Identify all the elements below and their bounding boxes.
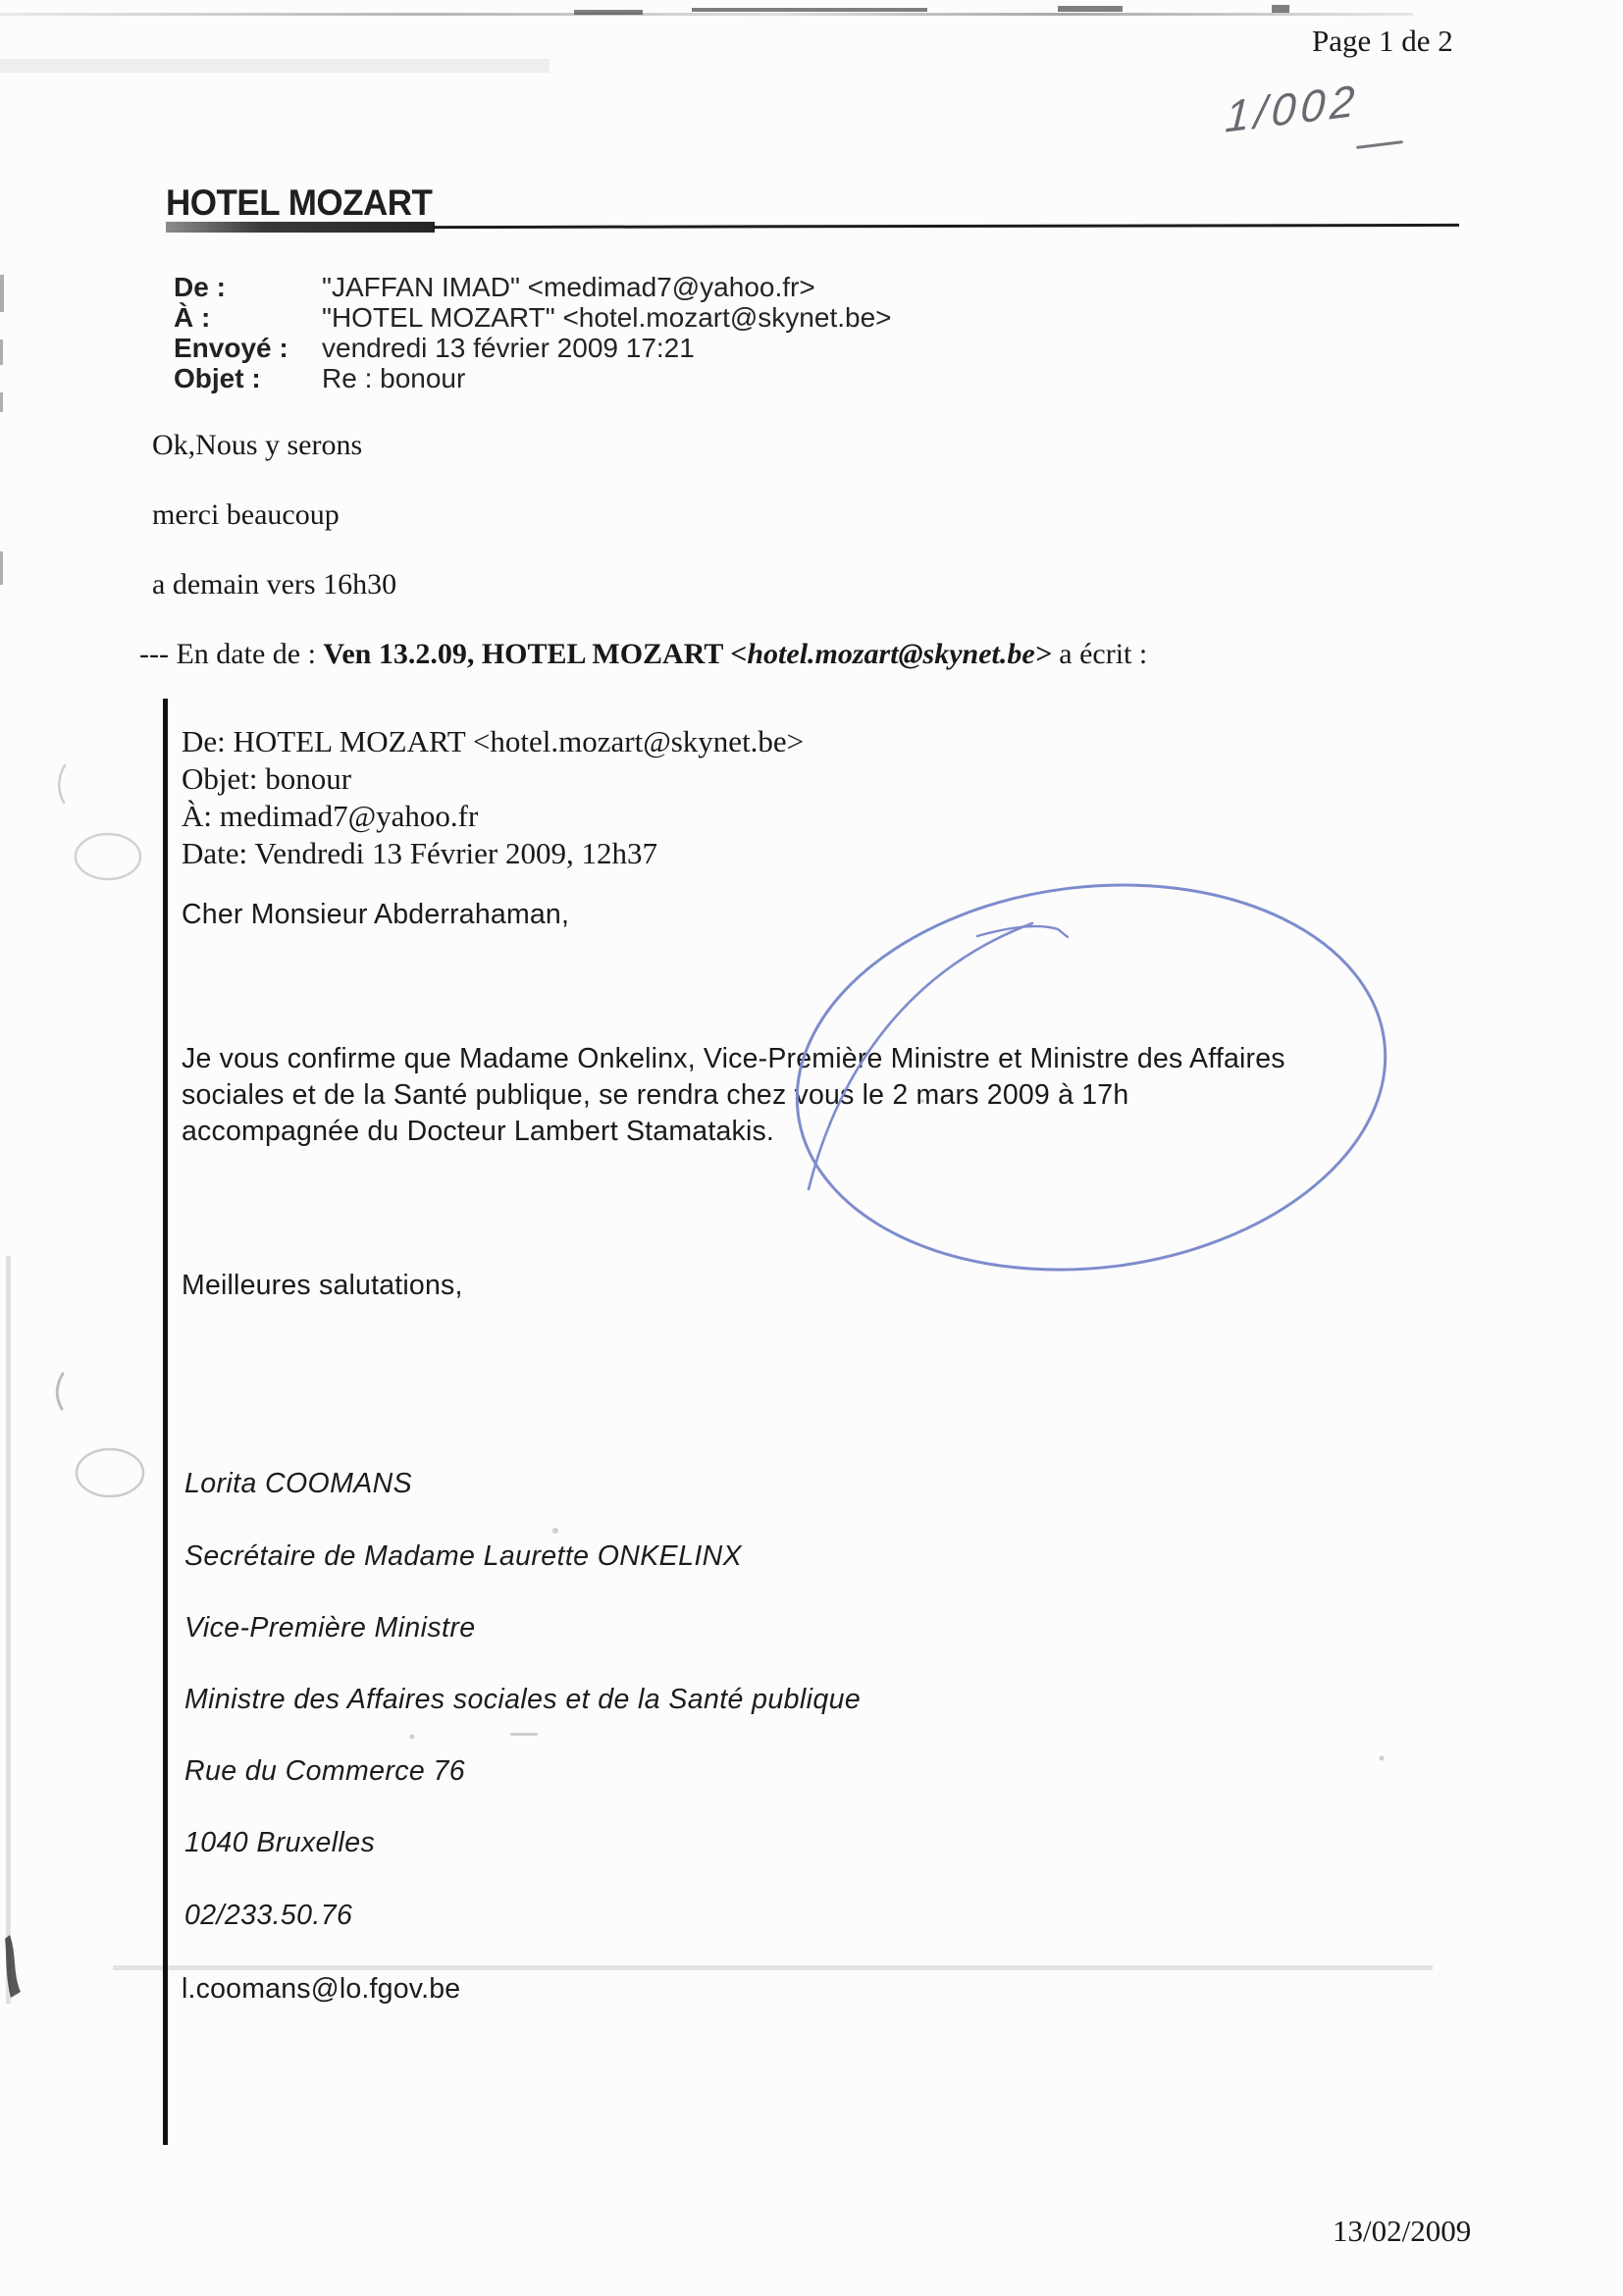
quoted-body-line-2: sociales et de la Santé publique, se ren… — [182, 1079, 1128, 1112]
scan-streak-bottom — [113, 1965, 1433, 1970]
letterhead-rule-thick — [166, 222, 435, 233]
header-field-subject: Objet :Re : bonour — [174, 365, 465, 392]
signature-street: Rue du Commerce 76 — [184, 1755, 465, 1788]
reply-line-3: a demain vers 16h30 — [152, 568, 396, 601]
signature-title-2: Ministre des Affaires sociales et de la … — [184, 1684, 861, 1716]
letterhead-rule-thin — [433, 224, 1459, 229]
quote-intro-line: --- En date de : Ven 13.2.09, HOTEL MOZA… — [139, 638, 1147, 671]
quote-intro-date-sender: Ven 13.2.09, HOTEL MOZART — [323, 638, 730, 670]
quote-intro-email: <hotel.mozart@skynet.be> — [730, 638, 1051, 670]
quoted-body-line-3: accompagnée du Docteur Lambert Stamataki… — [182, 1116, 774, 1148]
signature-city: 1040 Bruxelles — [184, 1827, 375, 1859]
scan-edge-ticks — [0, 275, 4, 585]
handwritten-pen-tail — [1356, 140, 1403, 149]
quoted-greeting: Cher Monsieur Abderrahaman, — [182, 899, 569, 931]
header-field-sent: Envoyé :vendredi 13 février 2009 17:21 — [174, 335, 695, 362]
pen-circle — [775, 853, 1408, 1302]
header-field-to: À :"HOTEL MOZART" <hotel.mozart@skynet.b… — [174, 304, 892, 332]
quoted-header-from: De: HOTEL MOZART <hotel.mozart@skynet.be… — [182, 724, 804, 759]
quoted-header-date: Date: Vendredi 13 Février 2009, 12h37 — [182, 836, 657, 871]
scan-streak-top — [0, 13, 1413, 16]
reply-line-1: Ok,Nous y serons — [152, 429, 362, 462]
page-indicator: Page 1 de 2 — [1312, 24, 1453, 59]
signature-role: Secrétaire de Madame Laurette ONKELINX — [184, 1540, 742, 1573]
quoted-closing: Meilleures salutations, — [182, 1270, 463, 1302]
signature-phone: 02/233.50.76 — [184, 1900, 352, 1932]
scanned-email-page: Page 1 de 2 1/002 HOTEL MOZART De :"JAFF… — [0, 0, 1623, 2296]
header-value-to: "HOTEL MOZART" <hotel.mozart@skynet.be> — [322, 302, 892, 333]
signature-title-1: Vice-Première Ministre — [184, 1612, 476, 1644]
footer-date: 13/02/2009 — [1333, 2214, 1471, 2249]
scan-margin-marks — [57, 765, 143, 1496]
letterhead-title: HOTEL MOZART — [166, 183, 432, 224]
signature-email: l.coomans@lo.fgov.be — [182, 1973, 460, 2006]
quote-bar — [163, 699, 168, 2145]
header-label-sent: Envoyé : — [174, 335, 322, 362]
header-label-to: À : — [174, 304, 322, 332]
handwritten-folio-mark: 1/002 — [1224, 75, 1360, 143]
header-label-subject: Objet : — [174, 365, 322, 392]
header-label-from: De : — [174, 274, 322, 301]
quoted-header-to: À: medimad7@yahoo.fr — [182, 799, 478, 834]
scan-streak-top-left — [0, 59, 550, 73]
scan-flecks — [410, 1099, 1385, 1761]
header-value-from: "JAFFAN IMAD" <medimad7@yahoo.fr> — [322, 272, 815, 302]
scan-streak-left-edge — [6, 1256, 11, 2004]
reply-line-2: merci beaucoup — [152, 498, 340, 532]
quoted-body-line-1: Je vous confirme que Madame Onkelinx, Vi… — [182, 1043, 1285, 1075]
quote-intro-suffix: a écrit : — [1052, 638, 1147, 670]
quote-intro-prefix: --- En date de : — [139, 638, 323, 670]
header-field-from: De :"JAFFAN IMAD" <medimad7@yahoo.fr> — [174, 274, 815, 301]
signature-name: Lorita COOMANS — [184, 1468, 412, 1500]
quoted-header-subject: Objet: bonour — [182, 761, 351, 797]
header-value-sent: vendredi 13 février 2009 17:21 — [322, 333, 695, 363]
header-value-subject: Re : bonour — [322, 363, 465, 393]
